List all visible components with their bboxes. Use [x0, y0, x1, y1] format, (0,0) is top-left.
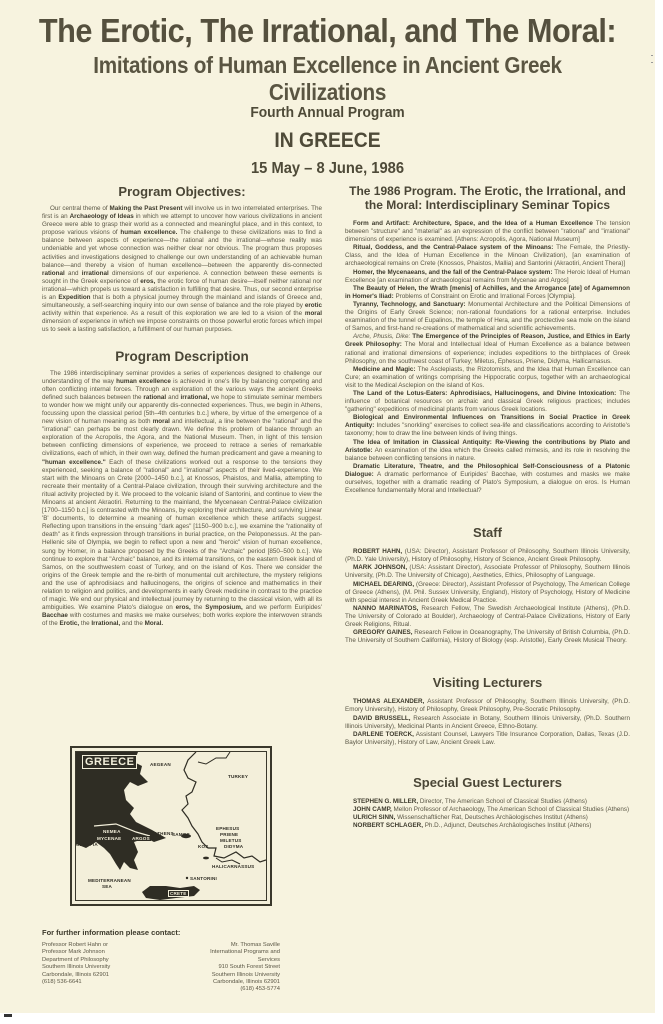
page-subtitle: Imitations of Human Excellence in Ancien…	[33, 52, 623, 106]
map-label-priene: PRIENE	[220, 832, 238, 837]
map-label-crete: CRETE	[168, 890, 189, 897]
list-entry: DAVID BRUSSELL, Research Associate in Bo…	[345, 715, 630, 731]
greece-map: GREECE AEGEAN TURKEY NEMEA MYCENAE OLYMP…	[70, 746, 272, 906]
contact-phone: (618) 536-6641	[42, 979, 110, 986]
contact-right: Mr. Thomas Saville International Program…	[190, 942, 280, 994]
map-label-santorini: SANTORINI	[190, 876, 217, 881]
map-title: GREECE	[82, 755, 137, 769]
list-entry: Biological and Environmental Influences …	[345, 414, 630, 438]
list-entry: NORBERT SCHLAGER, Ph.D., Adjunct, Deutsc…	[345, 822, 630, 830]
guests-heading: Special Guest Lecturers	[345, 775, 630, 790]
location-label: IN GREECE	[26, 129, 629, 153]
right-column: The 1986 Program. The Erotic, the Irrati…	[345, 184, 630, 830]
list-entry: DARLENE TOERCK, Assistant Counsel, Lawye…	[345, 731, 630, 747]
contact-line: 910 South Forest Street	[190, 964, 280, 971]
contact-line: Carbondale, Illinois 62901	[42, 972, 110, 979]
map-label-miletus: MILETUS	[220, 838, 242, 843]
list-entry: JOHN CAMP, Mellon Professor of Archaeolo…	[345, 806, 630, 814]
topics-heading: The 1986 Program. The Erotic, the Irrati…	[345, 184, 630, 212]
contact-line: International Programs and Services	[190, 949, 280, 964]
left-column: Program Objectives: Our central theme of…	[42, 184, 322, 629]
description-paragraph: The 1986 interdisciplinary seminar provi…	[42, 370, 322, 629]
contact-line: Professor Mark Johnson	[42, 949, 110, 956]
list-entry: STEPHEN G. MILLER, Director, The America…	[345, 798, 630, 806]
map-label-argos: ARGOS	[131, 836, 151, 841]
list-entry: The Beauty of Helen, the Wrath [menis] o…	[345, 285, 630, 301]
map-label-sea-line2: SEA	[102, 884, 112, 889]
map-label-sea-line1: MEDITERRANEAN	[88, 878, 131, 883]
dates-label: 15 May – 8 June, 1986	[26, 160, 629, 178]
list-entry: Dramatic Literature, Theatre, and the Ph…	[345, 463, 630, 495]
list-entry: Form and Artifact: Architecture, Space, …	[345, 220, 630, 244]
staff-list: ROBERT HAHN, (USA: Director), Assistant …	[345, 548, 630, 645]
contact-phone: (618) 453-5774	[190, 986, 280, 993]
map-label-didyma: DIDYMA	[224, 844, 243, 849]
list-entry: NANNO MARINATOS, Research Fellow, The Sw…	[345, 605, 630, 629]
contact-line: Southern Illinois University	[42, 964, 110, 971]
map-label-turkey: TURKEY	[228, 774, 248, 779]
contact-line: Mr. Thomas Saville	[190, 942, 280, 949]
list-entry: GREGORY GAINES, Research Fellow in Ocean…	[345, 629, 630, 645]
map-label-halicarnassus: HALICARNASSUS	[212, 864, 254, 869]
list-entry: MARK JOHNSON, (USA: Assistant Director),…	[345, 564, 630, 580]
map-label-nemea: NEMEA	[102, 829, 122, 834]
visiting-list: THOMAS ALEXANDER, Assistant Professor of…	[345, 698, 630, 747]
objectives-heading: Program Objectives:	[42, 184, 322, 199]
contact-line: Department of Philosophy	[42, 957, 110, 964]
topics-list: Form and Artifact: Architecture, Space, …	[345, 220, 630, 495]
list-entry: Tyranny, Technology, and Sanctuary: Monu…	[345, 301, 630, 333]
description-heading: Program Description	[42, 349, 322, 364]
list-entry: Homer, the Mycenaeans, and the fall of t…	[345, 269, 630, 285]
map-label-athens: ATHENS	[154, 831, 174, 836]
contact-line: Professor Robert Hahn or	[42, 942, 110, 949]
page-title: The Erotic, The Irrational, and The Mora…	[23, 12, 632, 50]
list-entry: ROBERT HAHN, (USA: Director), Assistant …	[345, 548, 630, 564]
edge-mark	[651, 55, 653, 63]
list-entry: The Land of the Lotus-Eaters: Aphrodisia…	[345, 390, 630, 414]
list-entry: Arche, Phusis, Dike: The Emergence of th…	[345, 333, 630, 365]
list-entry: MICHAEL DEARING, (Greece: Director), Ass…	[345, 581, 630, 605]
contact-line: Carbondale, Illinois 62901	[190, 979, 280, 986]
map-label-mycenae: MYCENAE	[96, 836, 122, 841]
list-entry: The Idea of Imitation in Classical Antiq…	[345, 439, 630, 463]
contact-heading: For further information please contact:	[42, 928, 180, 937]
list-entry: Ritual, Goddess, and the Central-Palace …	[345, 244, 630, 268]
map-label-samos: SAMOS	[172, 832, 190, 837]
map-label-aegean: AEGEAN	[150, 762, 171, 767]
objectives-paragraph: Our central theme of Making the Past Pre…	[42, 205, 322, 335]
guests-list: STEPHEN G. MILLER, Director, The America…	[345, 798, 630, 830]
contact-left: Professor Robert Hahn or Professor Mark …	[42, 942, 110, 986]
map-label-ephesus: EPHESUS	[216, 826, 239, 831]
scan-mark	[4, 1014, 12, 1017]
map-label-olympia: OLYMPIA	[76, 842, 98, 847]
map-label-kos: KOS	[198, 844, 209, 849]
visiting-heading: Visiting Lecturers	[345, 675, 630, 690]
contact-line: Southern Illinois University	[190, 972, 280, 979]
list-entry: THOMAS ALEXANDER, Assistant Professor of…	[345, 698, 630, 714]
edition-label: Fourth Annual Program	[26, 104, 629, 121]
staff-heading: Staff	[345, 525, 630, 540]
list-entry: Medicine and Magic: The Asclepiasts, the…	[345, 366, 630, 390]
list-entry: ULRICH SINN, Wissenschaftlicher Rat, Deu…	[345, 814, 630, 822]
